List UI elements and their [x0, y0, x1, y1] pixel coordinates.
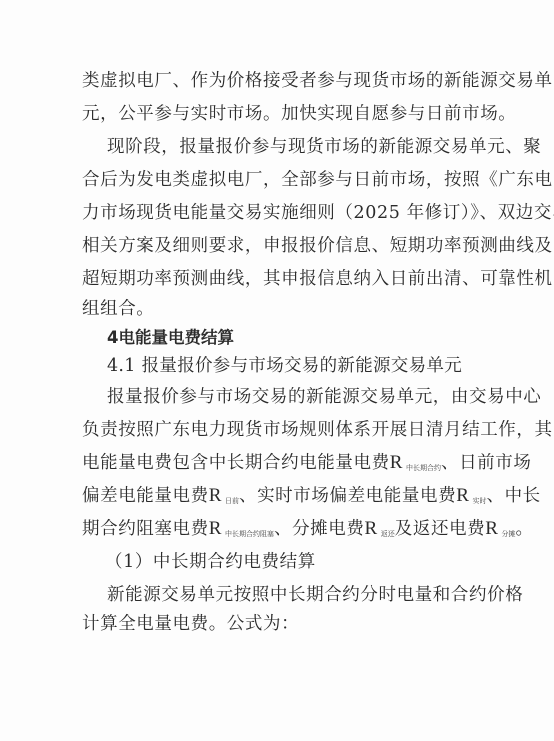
subsection-heading: 4.1 报量报价参与市场交易的新能源交易单元 — [107, 355, 472, 377]
paragraph-line: 合后为发电类虚拟电厂，全部参与日前市场，按照《广东电 — [82, 169, 472, 191]
paragraph-line: 报量报价参与市场交易的新能源交易单元，由交易中心 — [107, 386, 472, 408]
paragraph-line: 组组合。 — [82, 298, 472, 320]
document-page: 类虚拟电厂、作为价格接受者参与现货市场的新能源交易单 元，公平参与实时市场。加快… — [0, 0, 554, 741]
variable-r: R — [456, 485, 469, 506]
subscript: 中长期合约 — [406, 464, 441, 472]
paragraph-line: 现阶段，报量报价参与现货市场的新能源交易单元、聚 — [107, 136, 472, 158]
variable-r: R — [209, 518, 222, 539]
paragraph-line: 新能源交易单元按照中长期合约分时电量和合约价格 — [107, 584, 472, 606]
subscript: 实时 — [472, 497, 486, 505]
text-segment: 及返还电费 — [395, 519, 486, 539]
subscript: 返还 — [381, 530, 395, 538]
paragraph-line: 电能量电费包含中长期合约电能量电费R中长期合约、日前市场 — [82, 452, 472, 479]
paragraph-line: 类虚拟电厂、作为价格接受者参与现货市场的新能源交易单 — [82, 70, 472, 92]
text-segment: 、分摊电费 — [274, 519, 365, 539]
variable-r: R — [390, 452, 403, 473]
text-segment: 、实时市场偏差电能量电费 — [239, 486, 456, 506]
subscript: 分摊 — [502, 530, 516, 538]
paragraph-line: 力市场现货电能量交易实施细则（2025 年修订）》、双边交易 — [82, 202, 472, 224]
paragraph-line: 元，公平参与实时市场。加快实现自愿参与日前市场。 — [82, 103, 472, 125]
subsection-heading: （1）中长期合约电费结算 — [105, 551, 472, 573]
paragraph-line: 相关方案及细则要求，申报报价信息、短期功率预测曲线及 — [82, 235, 472, 257]
text-segment: 、日前市场 — [441, 453, 532, 473]
paragraph-line: 计算全电量电费。公式为： — [82, 613, 472, 635]
paragraph-line: 超短期功率预测曲线，其申报信息纳入日前出清、可靠性机 — [82, 268, 472, 290]
subscript: 中长期合约阻塞 — [225, 530, 274, 538]
variable-r: R — [364, 518, 377, 539]
text-segment: 。 — [516, 519, 534, 539]
paragraph-line: 负责按照广东电力现货市场规则体系开展日清月结工作，其 — [82, 419, 472, 441]
variable-r: R — [209, 485, 222, 506]
paragraph-line: 偏差电能量电费R日前、实时市场偏差电能量电费R实时、中长 — [82, 485, 472, 512]
paragraph-line: 期合约阻塞电费R中长期合约阻塞、分摊电费R返还及返还电费R分摊。 — [82, 518, 472, 545]
text-segment: 期合约阻塞电费 — [82, 519, 209, 539]
text-segment: 、中长 — [486, 486, 540, 506]
subscript: 日前 — [225, 497, 239, 505]
text-segment: 偏差电能量电费 — [82, 486, 209, 506]
text-segment: 电能量电费包含中长期合约电能量电费 — [82, 453, 390, 473]
section-heading: 4电能量电费结算 — [107, 327, 472, 349]
variable-r: R — [485, 518, 498, 539]
